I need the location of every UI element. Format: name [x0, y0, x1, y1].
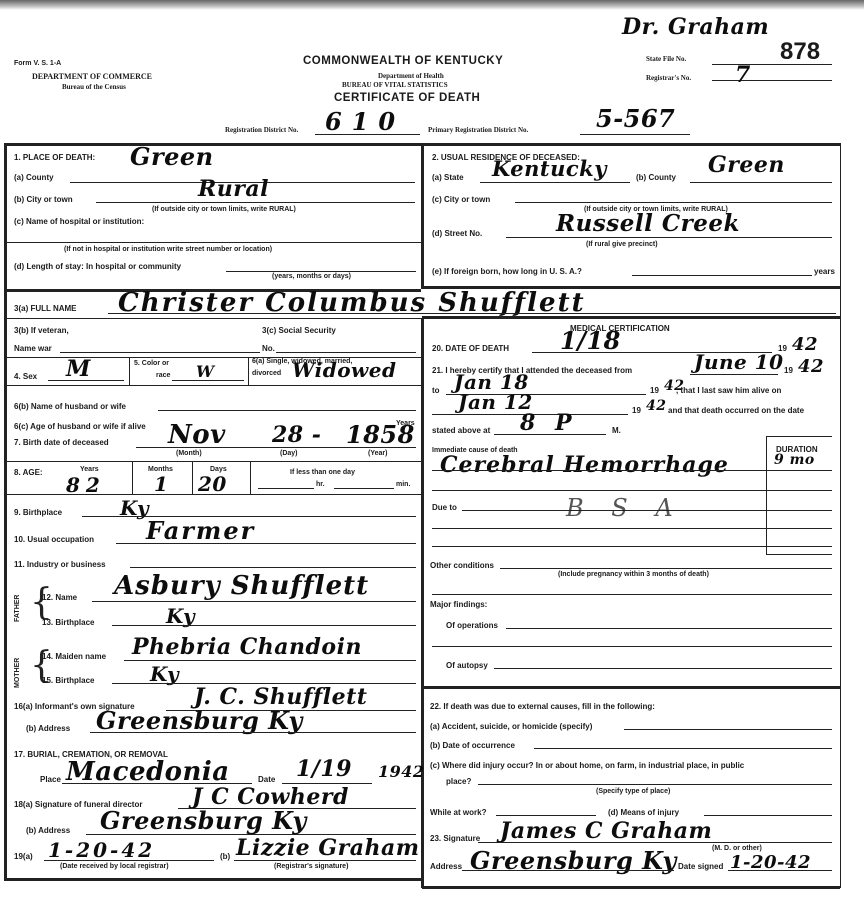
race-label-1: 5. Color or [134, 360, 169, 367]
res-foreign-suffix: years [814, 267, 835, 276]
burial-date-label: Date [258, 775, 275, 784]
annotation-doctor: Dr. Graham [622, 14, 769, 40]
column-divider-bottom [421, 318, 424, 888]
received-date-label: 19(a) [14, 852, 33, 861]
occupation-label: 10. Usual occupation [14, 535, 94, 544]
death-city-label: (b) City or town [14, 195, 73, 204]
other-conditions-note: (Include pregnancy within 3 months of de… [558, 571, 709, 578]
reg-district-value: 610 [325, 107, 405, 136]
to-label: to [432, 386, 440, 395]
res-street-note: (If rural give precinct) [586, 241, 658, 248]
stated-label: stated above at [432, 426, 490, 435]
last-seen-label: , that I last saw him alive on [676, 386, 781, 395]
stay-label: (d) Length of stay: In hospital or commu… [14, 262, 181, 271]
death-county-label: (a) County [14, 173, 54, 182]
res-state-label: (a) State [432, 173, 464, 182]
last-seen-year: 42 [646, 398, 666, 414]
age-years-label: Years [80, 466, 99, 473]
certificate-title: CERTIFICATE OF DEATH [334, 92, 480, 104]
registrar-no-label: Registrar's No. [646, 74, 691, 82]
social-security-no-label: No. [262, 344, 275, 353]
reg-district-label: Registration District No. [225, 126, 298, 134]
death-county-value: Green [130, 142, 214, 171]
state-file-label: State File No. [646, 55, 686, 63]
res-city-label: (c) City or town [432, 195, 490, 204]
cause-value: Cerebral Hemorrhage [440, 452, 729, 478]
age-days-value: 20 [198, 472, 227, 496]
frame-left [4, 143, 7, 879]
frame-right [840, 143, 841, 888]
full-name-label: 3(a) FULL NAME [14, 304, 77, 313]
external-b-label: (b) Date of occurrence [430, 741, 515, 750]
director-address-label: (b) Address [26, 826, 70, 835]
mother-name-label: 14. Maiden name [42, 652, 106, 661]
mother-name-value: Phebria Chandoin [132, 634, 362, 660]
attended-to-year-prefix: 19 [650, 386, 659, 395]
mother-side-label: MOTHER [14, 658, 21, 688]
scan-edge [0, 0, 864, 10]
primary-reg-label: Primary Registration District No. [428, 126, 528, 134]
director-address-value: Greensburg Ky [100, 806, 307, 835]
work-label: While at work? [430, 808, 486, 817]
veteran-label: 3(b) If veteran, [14, 326, 69, 335]
informant-address-label: (b) Address [26, 724, 70, 733]
death-city-value: Rural [198, 176, 269, 202]
burial-date-value: 1/19 [296, 756, 352, 782]
father-side-label: FATHER [14, 595, 21, 622]
external-c-label: (c) Where did injury occur? In or about … [430, 761, 744, 770]
death-city-note: (If outside city or town limits, write R… [152, 206, 296, 213]
res-foreign-label: (e) If foreign born, how long in U. S. A… [432, 267, 582, 276]
external-c-label-2: place? [446, 777, 471, 786]
race-value: W [196, 362, 214, 381]
birth-month-value: Nov [168, 420, 226, 450]
autopsy-label: Of autopsy [446, 661, 488, 670]
burial-year-value: 1942 [378, 762, 425, 781]
birth-date-label: 7. Birth date of deceased [14, 438, 109, 447]
dept-health: Department of Health [378, 72, 444, 80]
name-war-label: Name war [14, 344, 52, 353]
duration-value: 9 mo [774, 452, 815, 468]
bureau-vital: BUREAU OF VITAL STATISTICS [342, 81, 448, 89]
operations-label: Of operations [446, 621, 498, 630]
age-label: 8. AGE: [14, 468, 43, 477]
birth-day-value: 28 - [272, 422, 321, 448]
mother-birthplace-label: 15. Birthplace [42, 676, 94, 685]
column-divider-top [421, 143, 424, 289]
attended-from-year-prefix: 19 [784, 366, 793, 375]
birth-day-note: (Day) [280, 450, 298, 457]
attended-from-year: 42 [798, 356, 824, 377]
birthplace-label: 9. Birthplace [14, 508, 62, 517]
death-date-label: 20. DATE OF DEATH [432, 344, 509, 353]
form-number: Form V. S. 1-A [14, 60, 61, 67]
res-street-value: Russell Creek [556, 210, 740, 237]
res-county-label: (b) County [636, 173, 676, 182]
dept-commerce: DEPARTMENT OF COMMERCE [32, 72, 152, 81]
place-of-death-heading: 1. PLACE OF DEATH: [14, 153, 95, 162]
state-file-value: 878 [780, 38, 820, 66]
registrar-sig-label: (b) [220, 852, 230, 861]
death-occurred-label: and that death occurred on the date [668, 406, 804, 415]
spouse-name-label: 6(b) Name of husband or wife [14, 402, 126, 411]
marital-value: Widowed [292, 358, 396, 382]
physician-address-label: Address [430, 862, 462, 871]
physician-md-note: (M. D. or other) [712, 845, 762, 852]
duration-box-divider [766, 436, 767, 554]
spouse-age-label: 6(c) Age of husband or wife if alive [14, 422, 146, 431]
race-label-2: race [156, 372, 170, 379]
birth-month-note: (Month) [176, 450, 202, 457]
marital-label-2: divorced [252, 370, 281, 377]
attended-from-value: June 10 [694, 350, 784, 374]
state-title: COMMONWEALTH OF KENTUCKY [303, 55, 503, 67]
birth-year-value: 1858 [346, 420, 415, 449]
last-seen-year-prefix: 19 [632, 406, 641, 415]
stated-value: 8 P [520, 410, 578, 436]
age-hr-label: hr. [316, 481, 325, 488]
father-name-value: Asbury Shufflett [114, 571, 369, 601]
registrar-sig-value: Lizzie Graham [236, 835, 420, 861]
bureau-census: Bureau of the Census [62, 83, 126, 91]
res-county-value: Green [708, 152, 785, 178]
father-brace: { [30, 585, 53, 621]
external-c-note: (Specify type of place) [596, 788, 670, 795]
findings-label: Major findings: [430, 600, 487, 609]
other-conditions-label: Other conditions [430, 561, 494, 570]
stay-note: (years, months or days) [272, 273, 351, 280]
age-months-value: 1 [154, 472, 168, 496]
res-street-label: (d) Street No. [432, 229, 482, 238]
age-less-label: If less than one day [290, 469, 355, 476]
burial-place-label: Place [40, 775, 61, 784]
means-label: (d) Means of injury [608, 808, 679, 817]
physician-date-label: Date signed [678, 862, 723, 871]
stated-suffix: M. [612, 426, 621, 435]
due-to-value: B S A [566, 494, 683, 522]
received-date-value: 1-20-42 [48, 838, 155, 862]
social-security-label: 3(c) Social Security [262, 326, 336, 335]
birth-year-note: (Year) [368, 450, 387, 457]
external-heading: 22. If death was due to external causes,… [430, 702, 655, 711]
frame-bottom-left [4, 878, 422, 881]
sex-label: 4. Sex [14, 372, 37, 381]
age-min-label: min. [396, 481, 410, 488]
external-a-label: (a) Accident, suicide, or homicide (spec… [430, 722, 592, 731]
res-state-value: Kentucky [492, 156, 607, 181]
due-to-label: Due to [432, 503, 457, 512]
primary-reg-value: 5-567 [596, 104, 675, 133]
industry-label: 11. Industry or business [14, 560, 106, 569]
registrar-no-value: 7 [735, 62, 751, 88]
registrar-sig-note: (Registrar's signature) [274, 863, 348, 870]
father-name-label: 12. Name [42, 593, 77, 602]
father-birthplace-label: 13. Birthplace [42, 618, 94, 627]
death-year-value: 42 [792, 334, 818, 355]
physician-signature-label: 23. Signature [430, 834, 480, 843]
received-date-note: (Date received by local registrar) [60, 863, 169, 870]
hospital-label: (c) Name of hospital or institution: [14, 217, 144, 226]
sex-value: M [66, 356, 91, 382]
physician-signature-value: James C Graham [500, 818, 712, 844]
occupation-value: Farmer [146, 516, 255, 545]
frame-bottom-right [422, 886, 840, 889]
informant-address-value: Greensburg Ky [96, 706, 303, 735]
hospital-note: (If not in hospital or institution write… [64, 246, 272, 253]
death-date-value: 1/18 [560, 326, 621, 355]
